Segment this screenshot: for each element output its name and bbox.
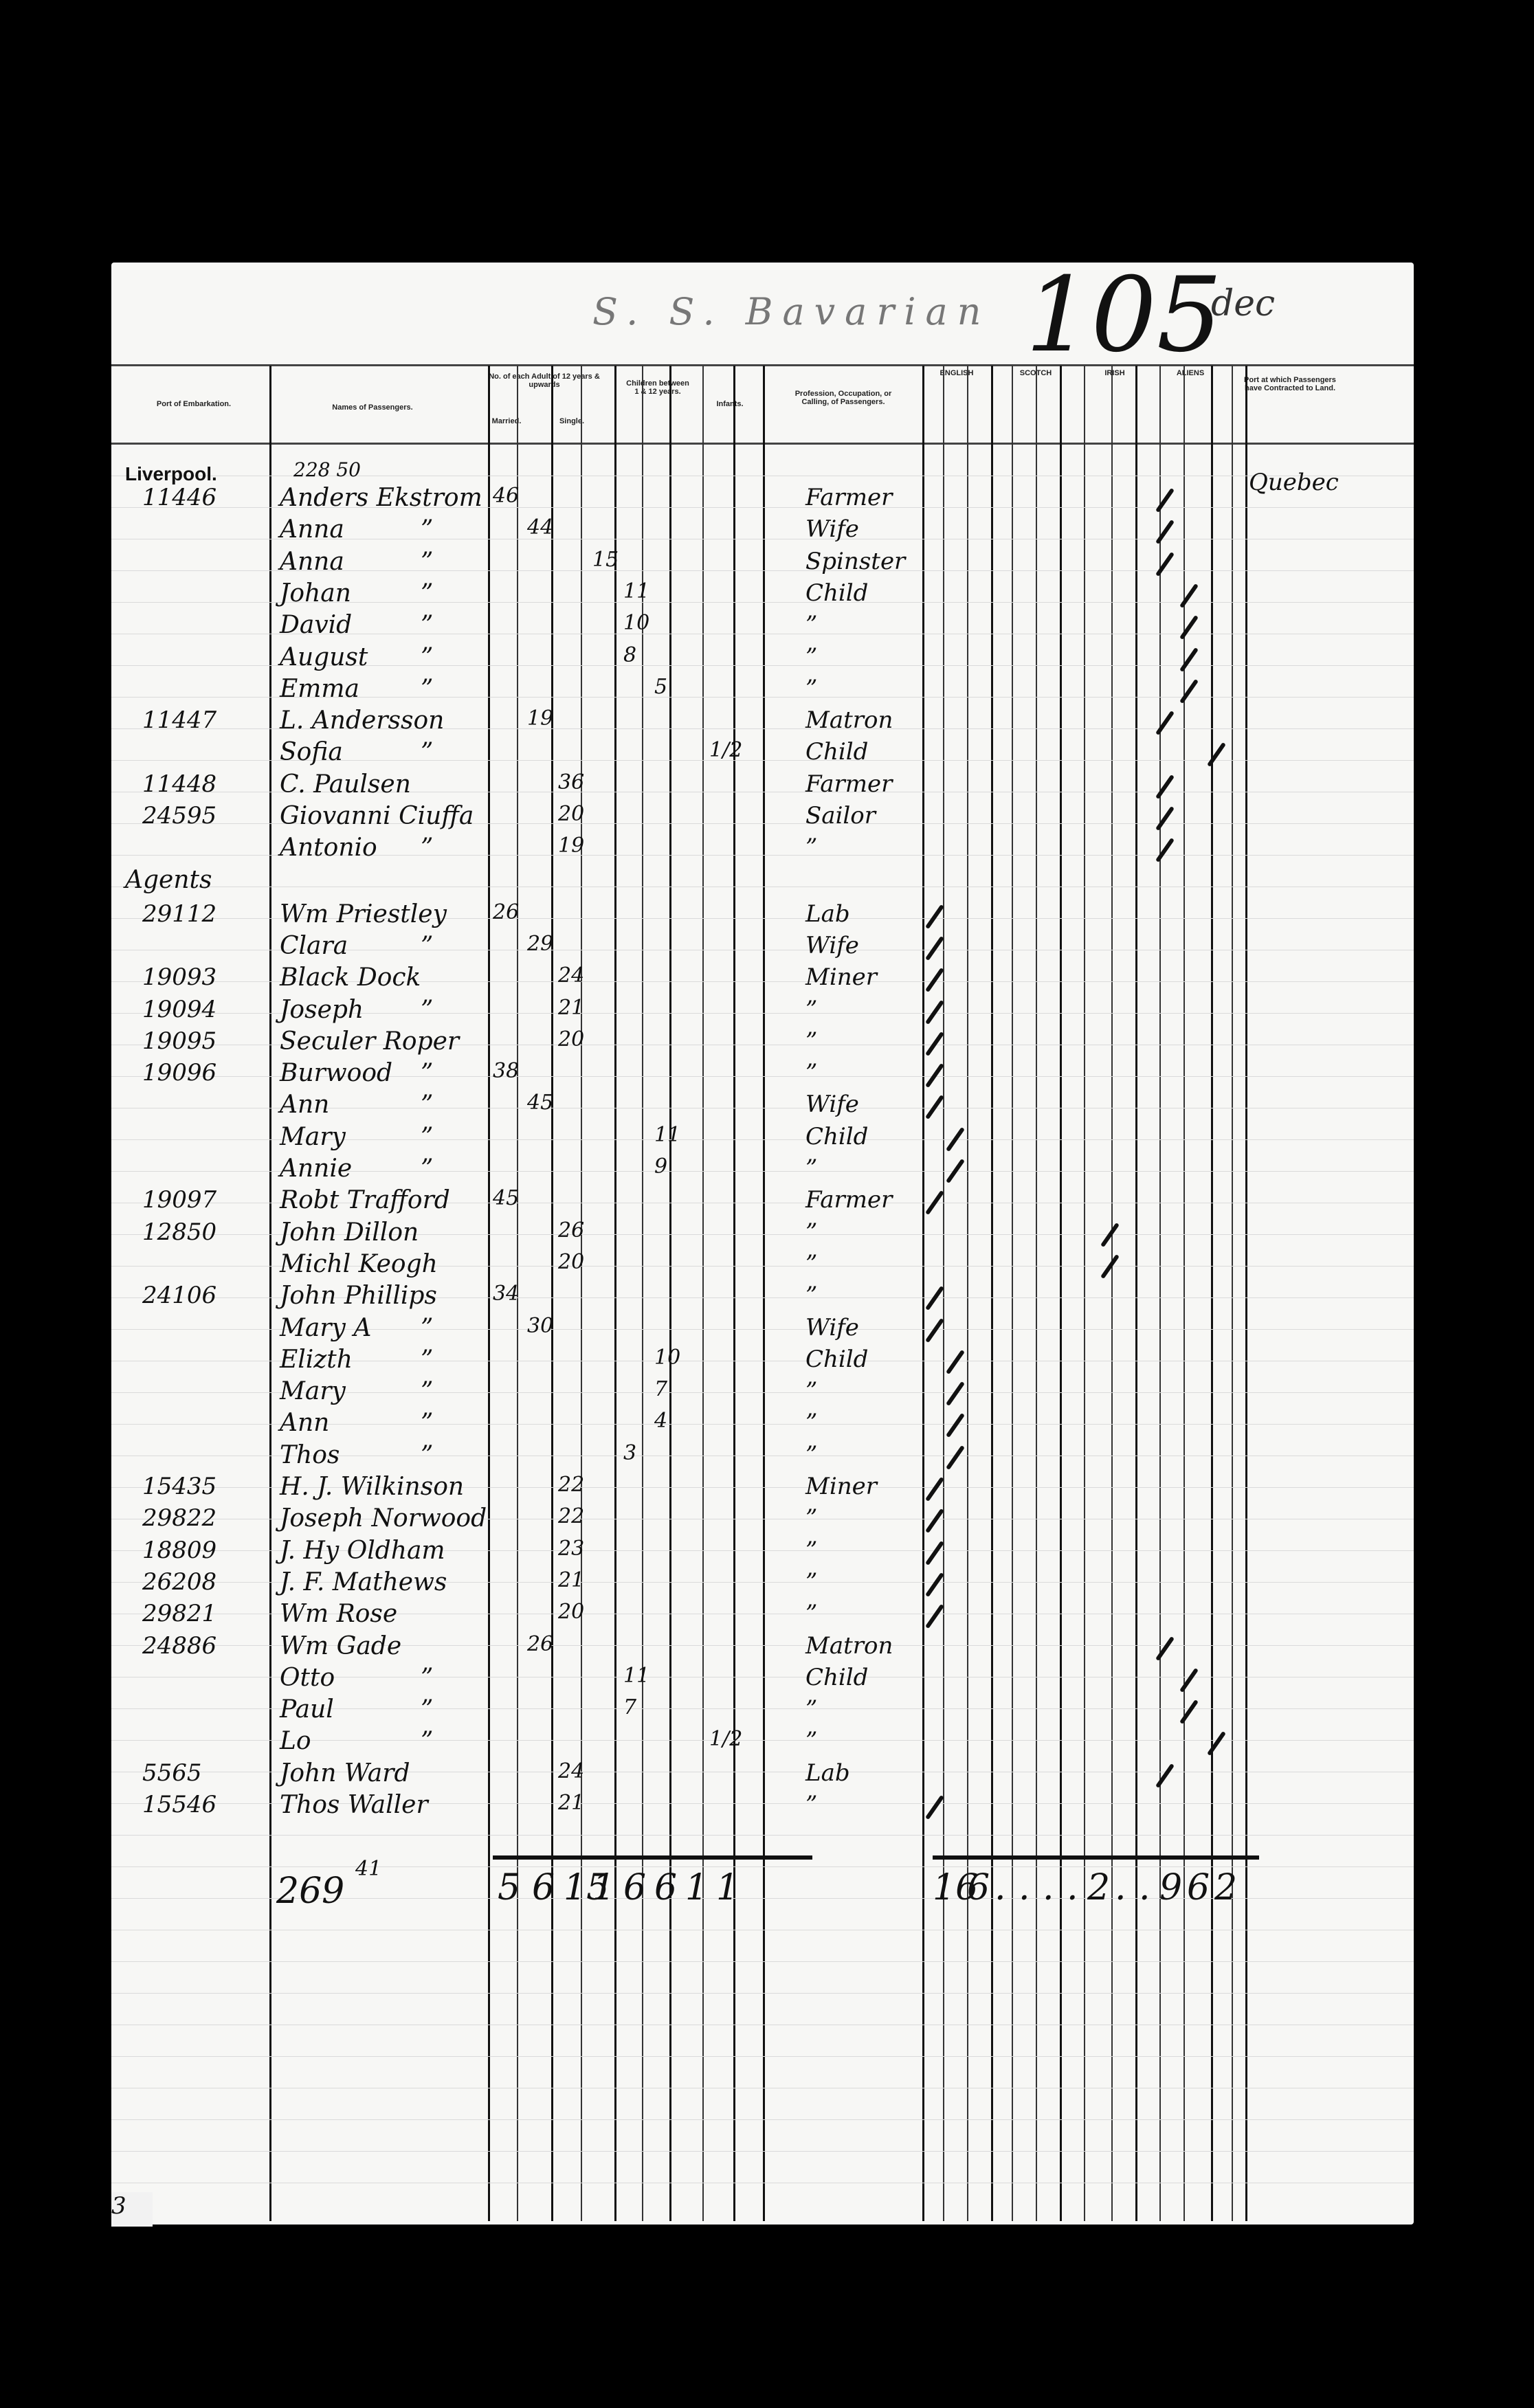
header-profession: Profession, Occupation, or Calling, of P…: [785, 390, 902, 465]
passenger-name: Mary: [280, 1123, 346, 1151]
nationality-column-total: .: [1067, 1867, 1078, 1908]
passenger-name: Otto: [280, 1664, 335, 1692]
ruled-line: [111, 2056, 1414, 2057]
passenger-age: 1/2: [709, 738, 742, 762]
nationality-tick: [925, 1572, 944, 1597]
ditto-mark: ”: [421, 1377, 433, 1405]
ticket-number: 29822: [142, 1504, 216, 1532]
passenger-occupation: ”: [805, 1155, 817, 1182]
passenger-age: 1/2: [709, 1727, 742, 1751]
column-rule: [922, 366, 924, 2221]
nationality-tick: [1155, 774, 1175, 799]
nationality-column-total: .: [1139, 1867, 1150, 1908]
ticket-number: 19096: [142, 1059, 216, 1086]
column-rule: [488, 366, 490, 2221]
totals-rule-left: [493, 1855, 812, 1860]
passenger-age: 9: [654, 1155, 667, 1179]
age-column-total: 5: [498, 1867, 520, 1908]
nationality-tick: [925, 1604, 944, 1629]
nationality-tick: [1179, 647, 1199, 671]
column-rule: [991, 366, 993, 2221]
ditto-mark: ”: [421, 1155, 433, 1183]
nationality-column-total: 9: [1159, 1867, 1182, 1908]
age-column-total: 6: [623, 1867, 646, 1908]
passenger-age: 20: [558, 1250, 584, 1274]
passenger-occupation: Child: [805, 1346, 868, 1373]
nationality-column-total: .: [1115, 1867, 1126, 1908]
passenger-name: Paul: [280, 1695, 334, 1724]
passenger-age: 34: [493, 1282, 519, 1306]
nationality-tick: [925, 1477, 944, 1502]
ticket-number: 15435: [142, 1473, 216, 1500]
passenger-age: 5: [654, 675, 667, 699]
passenger-occupation: Matron: [805, 1632, 893, 1660]
ditto-mark: ”: [421, 996, 433, 1024]
passenger-occupation: ”: [805, 996, 817, 1023]
column-rule: [702, 366, 704, 2221]
passenger-occupation: ”: [805, 1059, 817, 1086]
land-port-value: Quebec: [1249, 469, 1339, 496]
passenger-occupation: Miner: [805, 963, 877, 991]
nationality-tick: [1179, 679, 1199, 704]
port-of-embarkation: Liverpool.: [125, 463, 217, 485]
header-irish: IRISH: [1087, 369, 1142, 445]
column-rule: [1060, 366, 1062, 2221]
ditto-mark: ”: [421, 738, 433, 766]
ruled-line: [111, 887, 1414, 887]
passenger-name: J. F. Mathews: [280, 1568, 447, 1596]
ditto-mark: ”: [421, 548, 433, 576]
column-rule: [1135, 366, 1137, 2221]
passenger-occupation: ”: [805, 1504, 817, 1532]
passenger-age: 19: [527, 706, 553, 731]
passenger-occupation: Miner: [805, 1473, 877, 1500]
passenger-name: Clara: [280, 932, 348, 960]
passenger-name: Elizth: [280, 1346, 353, 1374]
passenger-name: Anna: [280, 515, 344, 544]
passenger-age: 11: [654, 1123, 680, 1147]
passenger-occupation: Farmer: [805, 770, 892, 798]
header-aliens: ALIENS: [1163, 369, 1218, 445]
passenger-age: 22: [558, 1473, 584, 1497]
nationality-tick: [1155, 711, 1175, 735]
passenger-name: Ann: [280, 1409, 329, 1437]
nationality-tick: [946, 1413, 965, 1438]
passenger-age: 10: [654, 1346, 680, 1370]
passenger-age: 23: [558, 1537, 584, 1561]
age-column-total: 6: [654, 1867, 677, 1908]
nationality-tick: [925, 1286, 944, 1311]
passenger-name: Robt Trafford: [280, 1186, 450, 1214]
ticket-number: 12850: [142, 1218, 216, 1246]
nationality-tick: [1179, 1699, 1199, 1724]
passenger-age: 38: [493, 1059, 519, 1083]
column-rule: [269, 366, 271, 2221]
passenger-occupation: Wife: [805, 1314, 859, 1341]
passenger-occupation: Spinster: [805, 548, 905, 575]
column-rule: [669, 366, 671, 2221]
ruled-line: [111, 1961, 1414, 1962]
passenger-age: 20: [558, 1027, 584, 1051]
passenger-occupation: ”: [805, 1282, 817, 1309]
ship-title: S. S. Bavarian: [592, 290, 990, 333]
passenger-name: Black Dock: [280, 963, 421, 992]
passenger-occupation: ”: [805, 1409, 817, 1436]
ticket-number: 24106: [142, 1282, 216, 1309]
passenger-age: 36: [558, 770, 584, 794]
passenger-name: Burwood: [280, 1059, 392, 1087]
passenger-occupation: ”: [805, 1218, 817, 1246]
nationality-column-total: 6: [1187, 1867, 1210, 1908]
passenger-name: L. Andersson: [280, 706, 444, 735]
ditto-mark: ”: [421, 1441, 433, 1469]
header-english: ENGLISH: [926, 369, 988, 445]
age-column-total: 1: [716, 1867, 739, 1908]
passenger-name: Ann: [280, 1091, 329, 1119]
passenger-age: 3: [623, 1441, 636, 1465]
passenger-age: 26: [558, 1218, 584, 1242]
passenger-occupation: ”: [805, 643, 817, 671]
ditto-mark: ”: [421, 834, 433, 862]
ditto-mark: ”: [421, 1314, 433, 1342]
corner-annotation: dec: [1211, 283, 1275, 324]
passenger-name: Sofia: [280, 738, 343, 766]
passenger-age: 21: [558, 1791, 584, 1815]
passenger-name: Joseph Norwood: [280, 1504, 487, 1532]
ditto-mark: ”: [421, 1664, 433, 1692]
passenger-age: 24: [558, 963, 584, 988]
nationality-tick: [925, 1795, 944, 1820]
column-rule: [1245, 366, 1247, 2221]
column-rule: [581, 366, 582, 2221]
passenger-age: 10: [623, 611, 649, 635]
ditto-mark: ”: [421, 1123, 433, 1151]
ticket-number: 11446: [142, 484, 216, 511]
passenger-occupation: ”: [805, 1441, 817, 1469]
ditto-mark: ”: [421, 579, 433, 607]
ditto-mark: ”: [421, 932, 433, 960]
column-rule: [967, 366, 968, 2221]
ruled-line: [111, 2088, 1414, 2088]
passenger-age: 21: [558, 1568, 584, 1592]
passenger-occupation: Child: [805, 1123, 868, 1150]
passenger-age: 15: [592, 548, 619, 572]
ticket-number: 24886: [142, 1632, 216, 1660]
header-land-port: Port at which Passengers have Contracted…: [1238, 376, 1342, 452]
passenger-name: H. J. Wilkinson: [280, 1473, 464, 1501]
passenger-occupation: ”: [805, 1600, 817, 1627]
nationality-tick: [925, 1032, 944, 1056]
passenger-age: 30: [527, 1314, 553, 1338]
nationality-tick: [925, 999, 944, 1024]
port-of-embarkation: Agents: [125, 866, 212, 894]
passenger-age: 45: [527, 1091, 553, 1115]
passenger-age: 19: [558, 834, 584, 858]
nationality-column-total: 2: [1087, 1867, 1110, 1908]
passenger-age: 22: [558, 1504, 584, 1528]
nationality-tick: [1179, 583, 1199, 608]
nationality-tick: [1155, 488, 1175, 513]
ticket-number: 11447: [142, 706, 216, 734]
column-rule: [1084, 366, 1085, 2221]
age-column-total: 1: [685, 1867, 708, 1908]
passenger-name: C. Paulsen: [280, 770, 411, 799]
nationality-column-total: .: [1043, 1867, 1054, 1908]
top-note: 228 50: [293, 458, 361, 481]
ticket-number: 24595: [142, 802, 216, 829]
passenger-name: Wm Gade: [280, 1632, 401, 1660]
ruled-line: [111, 2183, 1414, 2183]
passenger-name: Thos Waller: [280, 1791, 428, 1819]
passenger-name: John Dillon: [280, 1218, 419, 1247]
passenger-occupation: Wife: [805, 932, 859, 959]
passenger-name: Michl Keogh: [280, 1250, 438, 1278]
passenger-age: 26: [527, 1632, 553, 1656]
column-rule: [1232, 366, 1233, 2221]
passenger-age: 8: [623, 643, 636, 667]
passenger-occupation: ”: [805, 1377, 817, 1405]
passenger-occupation: ”: [805, 1695, 817, 1723]
passenger-age: 7: [654, 1377, 667, 1401]
nationality-tick: [1155, 1636, 1175, 1660]
column-rule: [551, 366, 553, 2221]
nationality-tick: [925, 904, 944, 928]
header-infants: Infants.: [702, 400, 757, 476]
ruled-line: [111, 2151, 1414, 2152]
passenger-occupation: Wife: [805, 515, 859, 543]
passenger-name: Giovanni Ciuffa: [280, 802, 474, 830]
nationality-tick: [1155, 551, 1175, 576]
nationality-tick: [925, 1508, 944, 1533]
passenger-occupation: Sailor: [805, 802, 876, 829]
ticket-number: 29112: [142, 900, 216, 928]
passenger-occupation: Child: [805, 579, 868, 607]
passenger-name: August: [280, 643, 368, 671]
passenger-age: 7: [623, 1695, 636, 1719]
passenger-age: 29: [527, 932, 553, 956]
nationality-column-total: 2: [1214, 1867, 1237, 1908]
passenger-occupation: ”: [805, 611, 817, 638]
ruled-line: [111, 1993, 1414, 1994]
passenger-name: Lo: [280, 1727, 311, 1755]
passenger-occupation: ”: [805, 1027, 817, 1055]
passenger-name: Johan: [280, 579, 351, 607]
total-count: 269: [276, 1871, 344, 1912]
column-rule: [1183, 366, 1185, 2221]
nationality-tick: [1207, 742, 1226, 767]
header-children: Children between 1 & 12 years.: [623, 379, 692, 455]
column-rule: [733, 366, 735, 2221]
passenger-name: Emma: [280, 675, 359, 703]
ditto-mark: ”: [421, 675, 433, 703]
ticket-number: 5565: [142, 1759, 202, 1787]
passenger-name: Mary: [280, 1377, 346, 1405]
column-rule: [614, 366, 616, 2221]
nationality-tick: [1179, 1668, 1199, 1693]
passenger-age: 11: [623, 1664, 649, 1688]
nationality-column-total: .: [1019, 1867, 1030, 1908]
ditto-mark: ”: [421, 1695, 433, 1724]
passenger-occupation: Lab: [805, 1759, 850, 1787]
nationality-tick: [925, 968, 944, 992]
nationality-tick: [925, 1540, 944, 1565]
ticket-number: 29821: [142, 1600, 216, 1627]
nationality-tick: [1155, 838, 1175, 862]
passenger-age: 20: [558, 802, 584, 826]
frame-number: 3: [111, 2192, 153, 2227]
passenger-name: Wm Rose: [280, 1600, 397, 1628]
passenger-name: Seculer Roper: [280, 1027, 459, 1056]
totals-rule-right: [933, 1855, 1259, 1860]
passenger-name: Antonio: [280, 834, 377, 862]
column-rule: [1036, 366, 1037, 2221]
passenger-age: 24: [558, 1759, 584, 1783]
ditto-mark: ”: [421, 611, 433, 639]
passenger-occupation: Matron: [805, 706, 893, 734]
header-married: Married.: [479, 417, 534, 493]
passenger-occupation: ”: [805, 1791, 817, 1818]
passenger-occupation: Child: [805, 1664, 868, 1691]
ticket-number: 15546: [142, 1791, 216, 1818]
passenger-occupation: Wife: [805, 1091, 859, 1118]
column-rule: [642, 366, 643, 2221]
ditto-mark: ”: [421, 1091, 433, 1119]
nationality-tick: [946, 1381, 965, 1406]
passenger-occupation: Child: [805, 738, 868, 766]
nationality-tick: [925, 936, 944, 961]
nationality-tick: [1155, 1763, 1175, 1788]
nationality-tick: [946, 1445, 965, 1470]
passenger-occupation: ”: [805, 1537, 817, 1564]
ticket-number: 19093: [142, 963, 216, 991]
nationality-column-total: 6: [967, 1867, 990, 1908]
passenger-age: 46: [493, 484, 519, 508]
passenger-age: 44: [527, 515, 553, 539]
passenger-age: 21: [558, 996, 584, 1020]
ticket-number: 19094: [142, 996, 216, 1023]
age-column-total: 1: [592, 1867, 615, 1908]
nationality-tick: [925, 1317, 944, 1342]
nationality-tick: [946, 1350, 965, 1374]
passenger-name: J. Hy Oldham: [280, 1537, 445, 1565]
ticket-number: 18809: [142, 1537, 216, 1564]
ruled-line: [111, 2119, 1414, 2120]
page-number: 105: [1025, 256, 1222, 375]
passenger-name: David: [280, 611, 352, 639]
ticket-number: 26208: [142, 1568, 216, 1596]
nationality-column-total: .: [994, 1867, 1006, 1908]
passenger-name: Wm Priestley: [280, 900, 447, 928]
passenger-occupation: Farmer: [805, 1186, 892, 1214]
ruled-line: [111, 2025, 1414, 2025]
passenger-age: 20: [558, 1600, 584, 1624]
age-column-total: 6: [532, 1867, 555, 1908]
column-rule: [1111, 366, 1113, 2221]
nationality-tick: [1179, 615, 1199, 640]
ditto-mark: ”: [421, 1409, 433, 1437]
passenger-name: John Phillips: [280, 1282, 437, 1310]
column-rule: [943, 366, 944, 2221]
passenger-occupation: ”: [805, 834, 817, 861]
ditto-mark: ”: [421, 643, 433, 671]
ticket-number: 19095: [142, 1027, 216, 1055]
manifest-page: S. S. Bavarian 105 dec Port of Embarkati…: [111, 263, 1414, 2225]
passenger-name: Annie: [280, 1155, 352, 1183]
ruled-line: [111, 1930, 1414, 1930]
nationality-tick: [1155, 806, 1175, 831]
passenger-name: Joseph: [280, 996, 364, 1024]
passenger-name: John Ward: [280, 1759, 410, 1787]
passenger-age: 45: [493, 1186, 519, 1210]
total-count-sup: 41: [355, 1857, 381, 1881]
ditto-mark: ”: [421, 515, 433, 544]
passenger-age: 26: [493, 900, 519, 924]
passenger-occupation: Lab: [805, 900, 850, 928]
column-rule: [1159, 366, 1161, 2221]
passenger-occupation: Farmer: [805, 484, 892, 511]
column-rule: [1211, 366, 1213, 2221]
passenger-occupation: ”: [805, 1568, 817, 1596]
passenger-occupation: ”: [805, 1727, 817, 1754]
passenger-name: Anders Ekstrom: [280, 484, 482, 512]
ticket-number: 19097: [142, 1186, 216, 1214]
passenger-name: Mary A: [280, 1314, 371, 1342]
column-rule: [763, 366, 765, 2221]
passenger-occupation: ”: [805, 1250, 817, 1278]
ticket-number: 11448: [142, 770, 216, 798]
ditto-mark: ”: [421, 1346, 433, 1374]
passenger-name: Anna: [280, 548, 344, 576]
nationality-tick: [1155, 520, 1175, 544]
passenger-name: Thos: [280, 1441, 340, 1469]
passenger-occupation: ”: [805, 675, 817, 702]
passenger-age: 4: [654, 1409, 667, 1433]
column-rule: [1012, 366, 1013, 2221]
passenger-age: 11: [623, 579, 649, 603]
ditto-mark: ”: [421, 1727, 433, 1755]
ditto-mark: ”: [421, 1059, 433, 1087]
nationality-tick: [1207, 1731, 1226, 1756]
ruled-line: [111, 1835, 1414, 1836]
